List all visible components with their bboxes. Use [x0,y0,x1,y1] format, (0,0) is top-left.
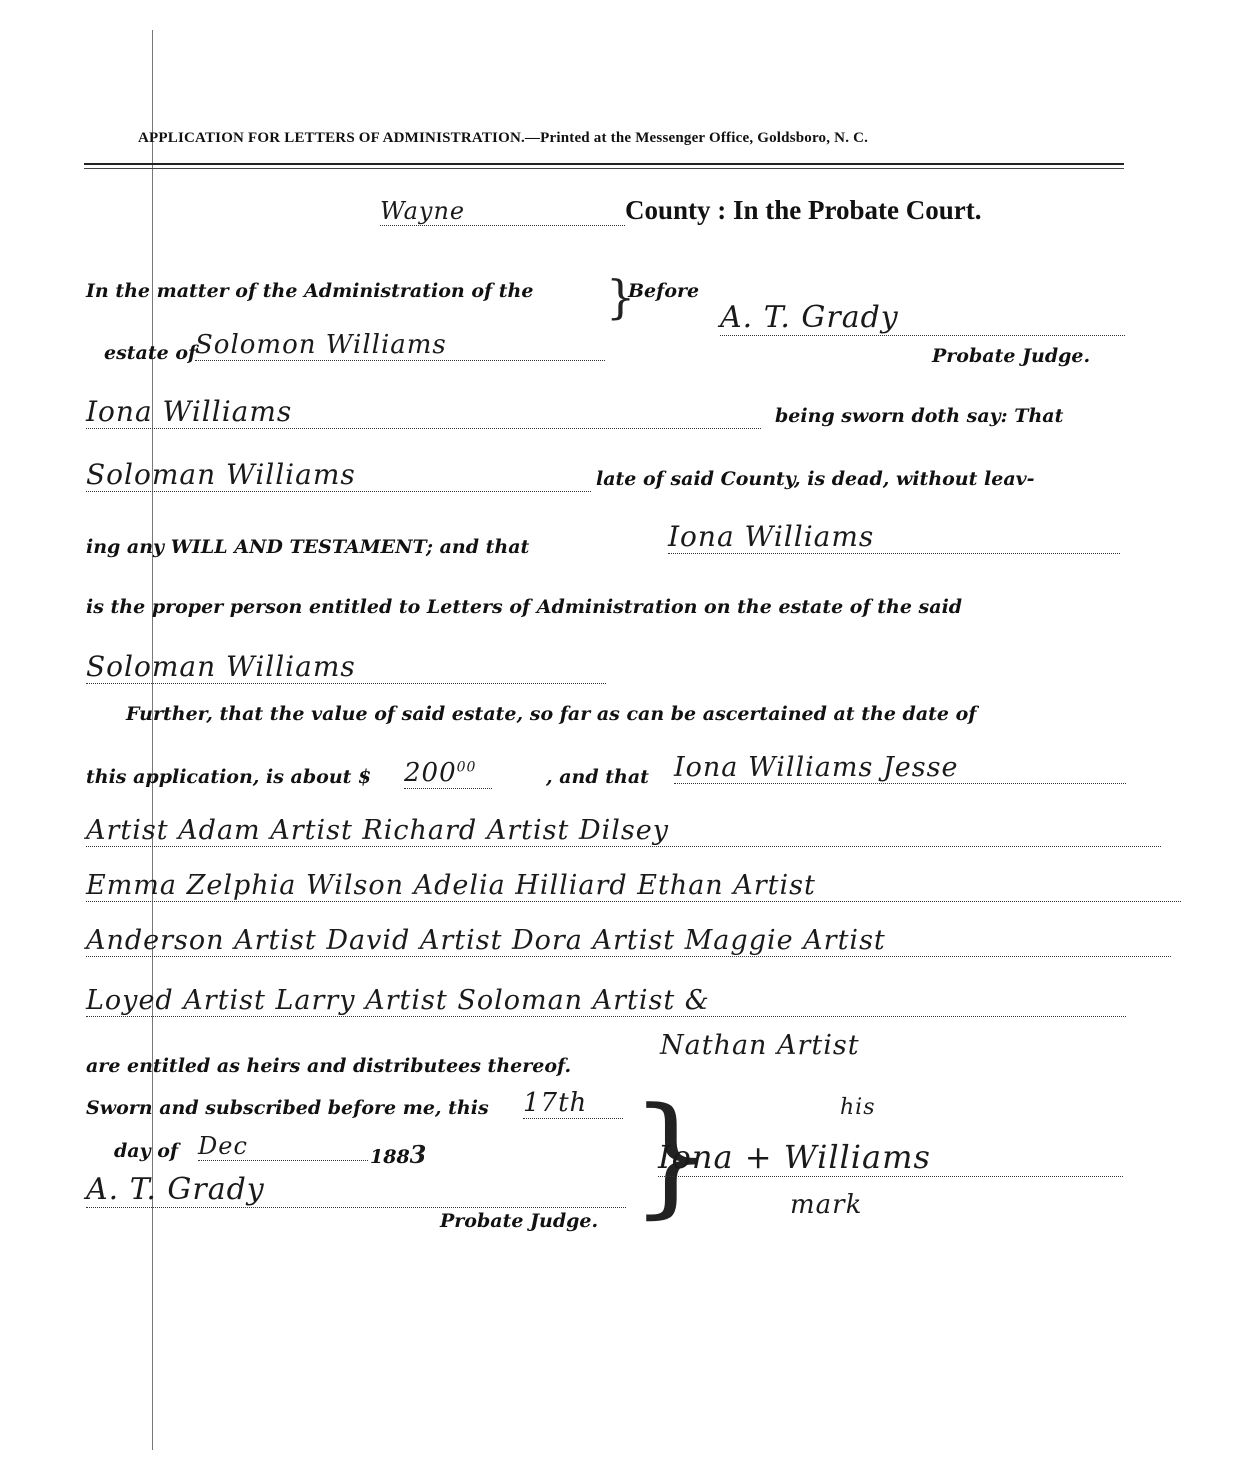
county-name-field: Wayne [380,197,625,226]
affiant-signature: Iona + Williams [658,1138,1123,1177]
county-label: County : In the Probate Court. [625,195,982,225]
matter-line: In the matter of the Administration of t… [86,280,533,302]
deceased-name-field: Soloman Williams [86,458,591,492]
heirs-closing: are entitled as heirs and distributees t… [86,1055,571,1077]
and-that-text: , and that [546,766,649,788]
heir-line: Artist Adam Artist Richard Artist Dilsey [86,815,1161,847]
application-text: this application, is about $ [86,766,371,788]
judge-title-top: Probate Judge. [932,345,1090,367]
oath-sworn-text: Sworn and subscribed before me, this [86,1097,489,1119]
header-rule-thin [84,168,1124,169]
late-text: late of said County, is dead, without le… [596,468,1035,490]
oath-judge-title: Probate Judge. [440,1210,598,1232]
mark-label: mark [790,1190,862,1220]
heir-line: Loyed Artist Larry Artist Soloman Artist… [86,985,1126,1017]
year-prefix-text: 188 [370,1146,410,1168]
year-prefix: 1883 [370,1140,427,1169]
will-text: ing any WILL AND TESTAMENT; and that [86,536,529,558]
estate-value-cents: 00 [457,759,477,775]
heir-line: Iona Williams Jesse [674,752,1126,784]
form-title: APPLICATION FOR LETTERS OF ADMINISTRATIO… [138,130,868,147]
sworn-text: being sworn doth say: That [775,405,1063,427]
margin-rule [152,30,153,1450]
year-suffix: 3 [410,1140,428,1169]
oath-day-field: 17th [523,1088,623,1119]
heir-line: Emma Zelphia Wilson Adelia Hilliard Etha… [86,870,1181,902]
judge-signature-top: A. T. Grady [720,300,1125,336]
estate-label: estate of [104,342,196,364]
deceased-name-field-2: Soloman Williams [86,650,606,684]
his-label: his [840,1095,876,1120]
heir-line-overflow: Nathan Artist [660,1030,860,1061]
estate-name-field: Solomon Williams [195,330,605,361]
estate-value: 200 [404,758,457,788]
estate-value-field: 20000 [404,758,492,789]
proper-text: is the proper person entitled to Letters… [86,596,962,618]
header-rule [84,163,1124,165]
day-of-label: day of [114,1140,178,1162]
before-label: Before [628,280,699,302]
county-line: WayneCounty : In the Probate Court. [380,195,1160,226]
affiant-name-field: Iona Williams [86,395,761,429]
administrator-name-field: Iona Williams [668,520,1120,554]
oath-month-field: Dec [198,1132,368,1161]
oath-judge-signature: A. T. Grady [86,1172,626,1208]
further-text: Further, that the value of said estate, … [126,703,976,725]
heir-line: Anderson Artist David Artist Dora Artist… [86,925,1171,957]
